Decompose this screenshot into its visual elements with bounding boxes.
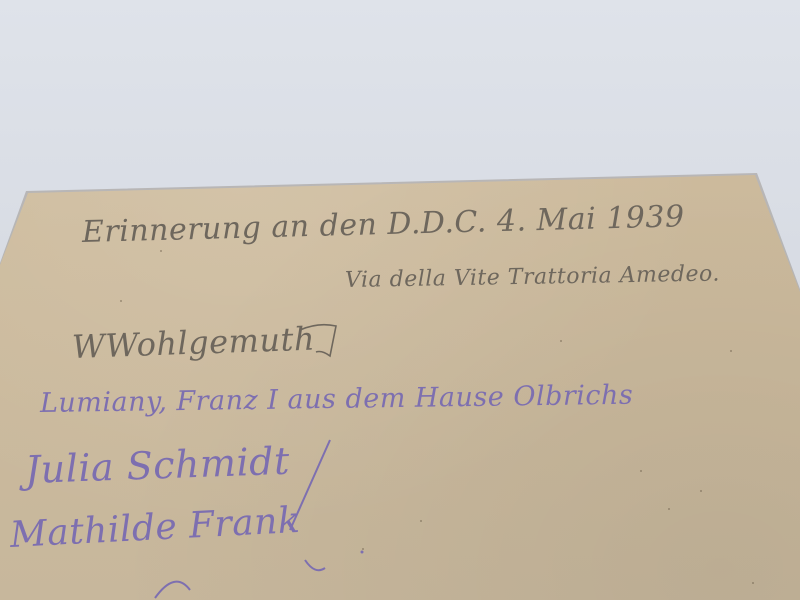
paper-speck	[700, 490, 702, 492]
paper-speck	[160, 250, 162, 252]
paper-speck	[668, 508, 670, 510]
paper-speck	[752, 582, 754, 584]
paper-speck	[420, 520, 422, 522]
paper-speck	[560, 340, 562, 342]
paper-speck	[120, 300, 122, 302]
photo-scene: Erinnerung an den D.D.C. 4. Mai 1939 Via…	[0, 0, 800, 600]
paper-speck	[362, 548, 364, 550]
paper-speck	[730, 350, 732, 352]
signature-julia-schmidt: Julia Schmidt	[24, 439, 290, 492]
paper-speck	[640, 470, 642, 472]
